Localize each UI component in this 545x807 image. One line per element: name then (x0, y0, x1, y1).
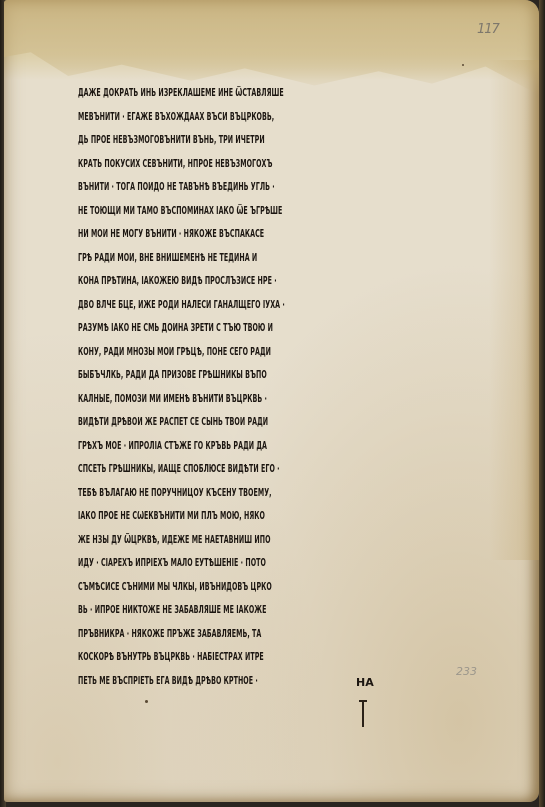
text-line: МЕВЪНИТИ · ЕГАЖЕ ВЪХОЖДААХ ВЪСИ ВЪЦРКОВЬ… (78, 106, 418, 130)
text-line: ИДУ · СІАРЕХЪ ИПРІЕХЪ МАЛО ЕУТѢШЕНІЕ · П… (78, 552, 418, 576)
signature-mark (362, 701, 364, 727)
text-line: СПСЕТЬ ГРѢШНИКЫ, ИАЩЕ СПОБЛЮСЕ ВИДѢТИ ЕГ… (78, 458, 418, 482)
ink-speck (462, 64, 464, 66)
manuscript-folio: 117 ДАЖЕ ДОКРАТЬ ИНЬ ИЗРЕКЛАШЕМЕ ИНЕ ѾСТ… (4, 0, 539, 802)
text-line: ВЬ · ИПРОЕ НИКТОЖЕ НЕ ЗАБАВЛЯШЕ МЕ ІАКОЖ… (78, 599, 418, 623)
text-line: ІАКО ПРОЕ НЕ СѠЕКВЪНИТИ МИ ПЛЪ МОЮ, НЯКО (78, 505, 418, 529)
text-line: КОНУ, РАДИ МНОЗЫ МОИ ГРѢЦѢ, ПОНЕ СЕГО РА… (78, 341, 418, 365)
binding-edge-right (539, 0, 545, 807)
text-line: НИ МОИ НЕ МОГУ ВЪНИТИ · НЯКОЖЕ ВЪСПАКАСЕ (78, 223, 418, 247)
text-line: ДЬ ПРОЕ НЕВЪЗМОГОВЪНИТИ ВЪНЬ, ТРИ ИЧЕТРИ (78, 129, 418, 153)
folio-number: 117 (477, 22, 499, 37)
text-line: ПРЪВНИКРА · НЯКОЖЕ ПРЪЖЕ ЗАБАВЛЯЕМЬ, ТА (78, 623, 418, 647)
water-stain (4, 0, 539, 95)
text-block: ДАЖЕ ДОКРАТЬ ИНЬ ИЗРЕКЛАШЕМЕ ИНЕ ѾСТАВЛЯ… (78, 82, 418, 693)
text-line: ВЪНИТИ · ТОГА ПОИДО НЕ ТАВЪНѢ ВЪЕДИНЬ УГ… (78, 176, 418, 200)
quire-signature: НА (356, 676, 374, 689)
text-line: ЖЕ НЗЫ ДУ ѾЦРКВѢ, ИДЕЖЕ МЕ НАЕТАВНИШ ИПО (78, 529, 418, 553)
text-line: ВИДѢТИ ДРѢВОИ ЖЕ РАСПЕТ СЕ СЫНЬ ТВОИ РАД… (78, 411, 418, 435)
text-line: СЪМѢСИСЕ СЪНИМИ МЫ ЧЛКЫ, ИВЪНИДОВЪ ЦРКО (78, 576, 418, 600)
text-line: БЫБЪЧЛКЬ, РАДИ ДА ПРИЗОВЕ ГРѢШНИКЫ ВЪПО (78, 364, 418, 388)
ink-speck (145, 700, 148, 703)
text-line: ДАЖЕ ДОКРАТЬ ИНЬ ИЗРЕКЛАШЕМЕ ИНЕ ѾСТАВЛЯ… (78, 82, 418, 106)
text-line: ГРѢ РАДИ МОИ, ВНЕ ВНИШЕМЕНѢ НЕ ТЕДИНА И (78, 247, 418, 271)
text-line: КАЛНЫЕ, ПОМОЗИ МИ ИМЕНѢ ВЪНИТИ ВЪЦРКВЬ · (78, 388, 418, 412)
pencil-page-number: 233 (456, 665, 477, 678)
text-line: КОСКОРѢ ВЪНУТРЬ ВЪЦРКВЬ · НАБІЕСТРАХ ИТР… (78, 646, 418, 670)
manuscript-viewer: 117 ДАЖЕ ДОКРАТЬ ИНЬ ИЗРЕКЛАШЕМЕ ИНЕ ѾСТ… (0, 0, 545, 807)
text-line: НЕ ТОЮЩИ МИ ТАМО ВЪСПОМИНАХ ІАКО ѾЕ ЪГРѢ… (78, 200, 418, 224)
text-line: ДВО ВЛЧЕ БЦЕ, ИЖЕ РОДИ НАЛЕСИ ГАНАЛЩЕГО … (78, 294, 418, 318)
text-line: ТЕБѢ ВЪЛАГАЮ НЕ ПОРУЧНИЦОУ КЪСЕНУ ТВОЕМУ… (78, 482, 418, 506)
edge-stain (489, 60, 539, 560)
text-line: КРАТЬ ПОКУСИХ СЕВЪНИТИ, НПРОЕ НЕВЪЗМОГОХ… (78, 153, 418, 177)
text-line: ГРѢХЪ МОЕ · ИПРОЛІА СТЪЖЕ ГО КРЪВЬ РАДИ … (78, 435, 418, 459)
text-line: КОНА ПРѢТИНА, ІАКОЖЕЮ ВИДѢ ПРОСЛЪЗИСЕ НР… (78, 270, 418, 294)
text-line: РАЗУМѢ ІАКО НЕ СМЬ ДОИНА ЗРЕТИ С ТЪЮ ТВО… (78, 317, 418, 341)
